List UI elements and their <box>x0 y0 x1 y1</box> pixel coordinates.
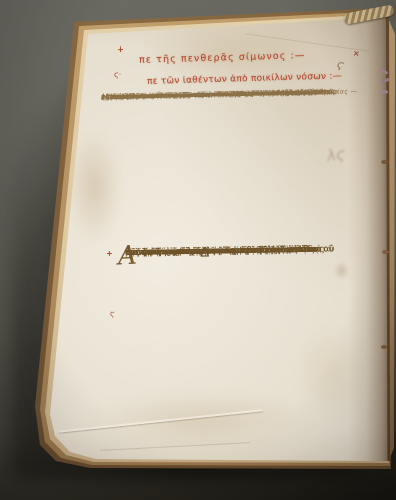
manuscript-photo: λϛ + ⋮ ϛ· πε τῆς πενθερᾶς σίμωνος :— πε … <box>0 0 396 500</box>
photo-vignette <box>0 0 396 500</box>
